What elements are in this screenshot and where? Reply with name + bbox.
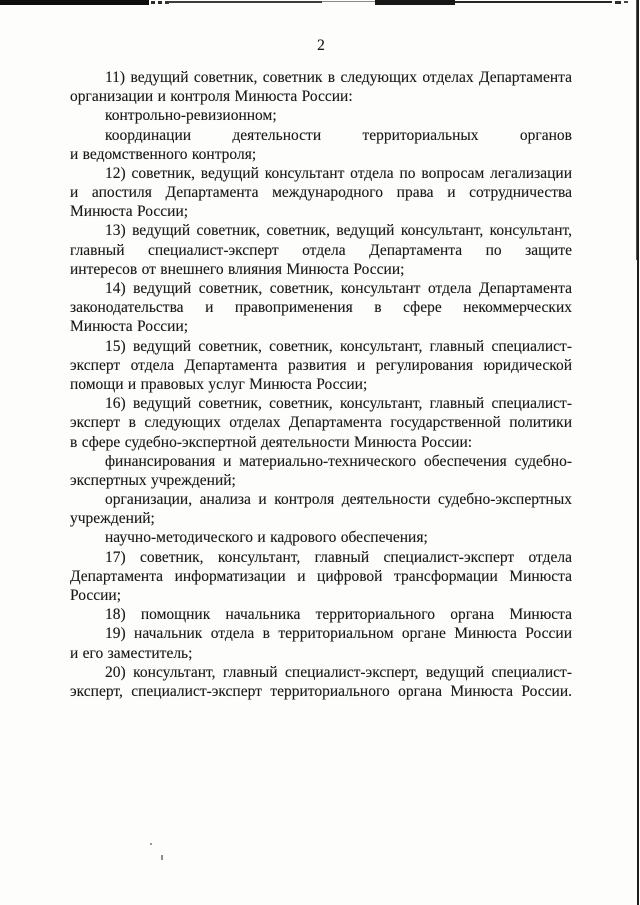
text-line: 11) ведущий советник, советник в следующ… [70,68,572,87]
text-line: координации деятельности территориальных… [70,126,572,145]
text-line: Минюста России; [70,317,572,336]
text-line: эксперт, специалист-эксперт территориаль… [70,682,572,701]
scan-speck [150,843,152,845]
scan-edge-artifact-top [158,1,162,4]
scan-edge-artifact-top [624,1,628,3]
text-line: и ведомственного контроля; [70,145,572,164]
text-line: 13) ведущий советник, советник, ведущий … [70,221,572,240]
scanned-document-page: 2 11) ведущий советник, советник в следу… [0,0,640,905]
text-line: 14) ведущий советник, советник, консульт… [70,279,572,298]
scan-edge-artifact-right [637,0,639,905]
text-line: помощи и правовых услуг Минюста России; [70,375,572,394]
text-line: экспертных учреждений; [70,471,572,490]
text-line: учреждений; [70,509,572,528]
scan-edge-artifact-top [0,0,149,5]
text-line: организации, анализа и контроля деятельн… [70,490,572,509]
scan-speck [161,855,163,860]
text-line: Минюста России; [70,202,572,221]
text-line: 15) ведущий советник, советник, консульт… [70,337,572,356]
text-line: эксперт отдела Департамента развития и р… [70,356,572,375]
text-line: России; [70,586,572,605]
text-line: эксперт в следующих отделах Департамента… [70,413,572,432]
text-line: 18) помощник начальника территориального… [70,605,572,624]
document-text: 2 11) ведущий советник, советник в следу… [70,36,572,701]
scan-edge-artifact-top [168,1,322,3]
text-line: 19) начальник отдела в территориальном о… [70,624,572,643]
text-line: в сфере судебно-экспертной деятельности … [70,433,572,452]
text-line: 20) консультант, главный специалист-эксп… [70,663,572,682]
text-line: научно-методического и кадрового обеспеч… [70,528,572,547]
scan-edge-artifact-top [322,1,375,2]
text-line: Департамента информатизации и цифровой т… [70,567,572,586]
scan-edge-artifact-right [636,0,637,260]
text-line: интересов от внешнего влияния Минюста Ро… [70,260,572,279]
text-line: 17) советник, консультант, главный специ… [70,548,572,567]
text-line: главный специалист-эксперт отдела Департ… [70,241,572,260]
text-line: 16) ведущий советник, советник, консульт… [70,394,572,413]
scan-edge-artifact-top [455,1,612,3]
text-line: организации и контроля Минюста России: [70,87,572,106]
scan-edge-artifact-top [375,0,455,5]
text-line: и его заместитель; [70,644,572,663]
text-line: 12) советник, ведущий консультант отдела… [70,164,572,183]
text-line: и апостиля Департамента международного п… [70,183,572,202]
text-line: контрольно-ревизионном; [70,106,572,125]
page-number: 2 [70,36,572,55]
scan-edge-artifact-top [151,1,155,4]
text-line: законодательства и правоприменения в сфе… [70,298,572,317]
text-line: финансирования и материально-техническог… [70,452,572,471]
scan-edge-artifact-top [615,1,621,4]
